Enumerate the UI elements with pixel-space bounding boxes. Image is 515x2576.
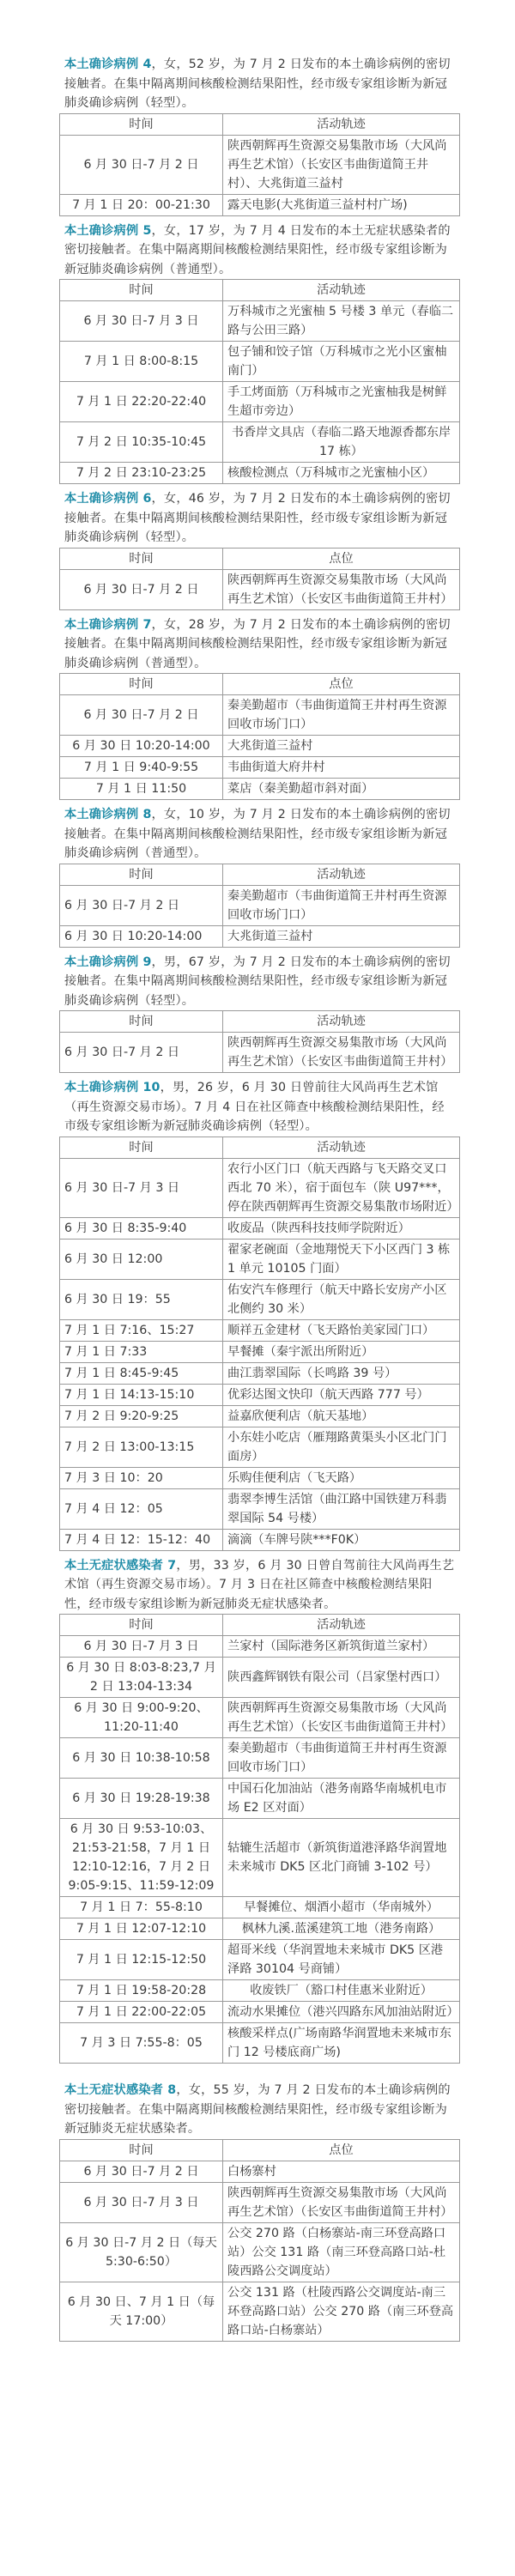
table-header-row: 时间点位 — [60, 674, 460, 695]
cell-location: 陕西朝辉再生资源交易集散市场（大风尚再生艺术馆）（长安区韦曲街道简王井村） — [223, 569, 460, 609]
case-intro: 本土确诊病例 4，女，52 岁，为 7 月 2 日发布的本土确诊病例的密切接触者… — [59, 55, 459, 113]
case-section: 本土确诊病例 7，女，28 岁，为 7 月 2 日发布的本土确诊病例的密切接触者… — [59, 615, 459, 806]
case-title: 本土确诊病例 9 — [64, 955, 152, 969]
cell-time: 6 月 30 日 8:35-9:40 — [60, 1217, 223, 1239]
table-row: 6 月 30 日 9:53-10:03、21:53-21:58，7 月 1 日 … — [60, 1819, 460, 1897]
table-row: 6 月 30 日-7 月 2 日（每天 5:30-6:50）公交 270 路（白… — [60, 2222, 460, 2282]
case-title: 本土确诊病例 6 — [64, 492, 152, 506]
table-row: 7 月 1 日 7:33早餐摊（秦宇派出所附近） — [60, 1341, 460, 1362]
cell-time: 7 月 1 日 7:16、15:27 — [60, 1319, 223, 1341]
cell-location: 陕西朝辉再生资源交易集散市场（大风尚再生艺术馆）（长安区韦曲街道简王井村）、大兆… — [223, 135, 460, 194]
table-row: 7 月 2 日 10:35-10:45书香岸文具店（春临二路天地源香都东岸 17… — [60, 422, 460, 463]
table-header-row: 时间活动轨迹 — [60, 1136, 460, 1158]
cell-location: 小东娃小吃店（雁翔路黄渠头小区北门门面房） — [223, 1427, 460, 1467]
table-row: 6 月 30 日-7 月 2 日秦美勤超市（韦曲街道简王井村再生资源回收市场门口… — [60, 885, 460, 925]
table-row: 7 月 3 日 10：20乐购佳便利店（飞天路） — [60, 1467, 460, 1488]
case-section: 本土确诊病例 10，男，26 岁，6 月 30 日曾前往大风尚再生艺术馆（再生资… — [59, 1078, 459, 1556]
cell-time: 6 月 30 日-7 月 3 日 — [60, 301, 223, 342]
itinerary-table: 时间活动轨迹6 月 30 日-7 月 2 日陕西朝辉再生资源交易集散市场（大风尚… — [59, 1010, 460, 1073]
table-row: 7 月 2 日 13:00-13:15小东娃小吃店（雁翔路黄渠头小区北门门面房） — [60, 1427, 460, 1467]
cell-location: 收废铁厂（豁口村佳惠米业附近） — [223, 1980, 460, 2002]
table-row: 6 月 30 日 10:20-14:00大兆街道三益村 — [60, 925, 460, 947]
cell-time: 7 月 1 日 7:33 — [60, 1341, 223, 1362]
table-row: 6 月 30 日-7 月 2 日陕西朝辉再生资源交易集散市场（大风尚再生艺术馆）… — [60, 1033, 460, 1073]
cell-location: 中国石化加油站（港务南路华南城机电市场 E2 区对面） — [223, 1779, 460, 1819]
cell-time: 6 月 30 日 9:53-10:03、21:53-21:58，7 月 1 日 … — [60, 1819, 223, 1897]
cell-time: 6 月 30 日-7 月 2 日 — [60, 695, 223, 736]
cell-location: 陕西朝辉再生资源交易集散市场（大风尚再生艺术馆）（长安区韦曲街道简王井村） — [223, 2182, 460, 2222]
case-title: 本土确诊病例 5 — [64, 224, 152, 238]
table-row: 6 月 30 日-7 月 2 日陕西朝辉再生资源交易集散市场（大风尚再生艺术馆）… — [60, 569, 460, 609]
case-intro: 本土无症状感染者 8，女，55 岁，为 7 月 2 日发布的本土确诊病例的密切接… — [59, 2081, 459, 2139]
case-title: 本土无症状感染者 8 — [64, 2083, 176, 2097]
header-time: 时间 — [60, 280, 223, 301]
cell-time: 7 月 1 日 22:00-22:05 — [60, 2002, 223, 2023]
table-row: 6 月 30 日 10:38-10:58秦美勤超市（韦曲街道简王井村再生资源回收… — [60, 1738, 460, 1779]
table-header-row: 时间点位 — [60, 548, 460, 569]
header-location: 点位 — [223, 2139, 460, 2161]
header-time: 时间 — [60, 2139, 223, 2161]
case-title: 本土确诊病例 10 — [64, 1081, 161, 1094]
cell-time: 7 月 1 日 12:15-12:50 — [60, 1940, 223, 1980]
cell-time: 6 月 30 日 10:38-10:58 — [60, 1738, 223, 1779]
case-title: 本土确诊病例 4 — [64, 58, 152, 71]
cell-location: 枫林九溪.蓝溪建筑工地（港务南路） — [223, 1918, 460, 1940]
cell-time: 7 月 1 日 7：55-8:10 — [60, 1897, 223, 1918]
itinerary-table: 时间活动轨迹6 月 30 日-7 月 2 日陕西朝辉再生资源交易集散市场（大风尚… — [59, 113, 460, 216]
table-row: 7 月 3 日 7:55-8：05核酸采样点(广场南路华润置地未来城市东门 12… — [60, 2023, 460, 2064]
cell-time: 6 月 30 日 10:20-14:00 — [60, 925, 223, 947]
cell-time: 6 月 30 日-7 月 2 日 — [60, 569, 223, 609]
table-row: 7 月 1 日 7:16、15:27顺祥五金建材（飞天路怡美家园门口） — [60, 1319, 460, 1341]
table-row: 6 月 30 日 19:28-19:38中国石化加油站（港务南路华南城机电市场 … — [60, 1779, 460, 1819]
cell-time: 7 月 4 日 12：15-12：40 — [60, 1529, 223, 1550]
table-row: 7 月 1 日 7：55-8:10早餐摊位、烟酒小超市（华南城外） — [60, 1897, 460, 1918]
cell-time: 7 月 1 日 9:40-9:55 — [60, 757, 223, 779]
table-row: 6 月 30 日 10:20-14:00大兆街道三益村 — [60, 736, 460, 757]
cell-location: 包子铺和饺子馆（万科城市之光小区蜜柚南门） — [223, 342, 460, 382]
table-row: 7 月 1 日 20：00-21:30露天电影(大兆街道三益村村广场) — [60, 194, 460, 215]
header-location: 活动轨迹 — [223, 1136, 460, 1158]
cell-time: 7 月 1 日 22:20-22:40 — [60, 382, 223, 422]
cell-time: 6 月 30 日-7 月 2 日 — [60, 135, 223, 194]
table-row: 6 月 30 日 12:00翟家老碗面（金地翔悦天下小区西门 3 栋 1 单元 … — [60, 1239, 460, 1279]
cell-location: 秦美勤超市（韦曲街道简王井村再生资源回收市场门口） — [223, 885, 460, 925]
table-row: 7 月 2 日 9:20-9:25益嘉欣便利店（航天基地） — [60, 1405, 460, 1427]
cell-location: 早餐摊位、烟酒小超市（华南城外） — [223, 1897, 460, 1918]
cell-location: 秦美勤超市（韦曲街道简王井村再生资源回收市场门口） — [223, 695, 460, 736]
header-location: 点位 — [223, 674, 460, 695]
case-section: 本土确诊病例 6，女，46 岁，为 7 月 2 日发布的本土确诊病例的密切接触者… — [59, 489, 459, 615]
table-row: 7 月 1 日 12:15-12:50超哥米线（华润置地未来城市 DK5 区港泽… — [60, 1940, 460, 1980]
cell-time: 7 月 2 日 13:00-13:15 — [60, 1427, 223, 1467]
table-row: 7 月 1 日 12:07-12:10枫林九溪.蓝溪建筑工地（港务南路） — [60, 1918, 460, 1940]
table-header-row: 时间活动轨迹 — [60, 864, 460, 885]
table-row: 7 月 1 日 14:13-15:10优彩达图文快印（航天西路 777 号） — [60, 1384, 460, 1405]
cell-location: 顺祥五金建材（飞天路怡美家园门口） — [223, 1319, 460, 1341]
cell-location: 露天电影(大兆街道三益村村广场) — [223, 194, 460, 215]
table-row: 6 月 30 日-7 月 3 日陕西朝辉再生资源交易集散市场（大风尚再生艺术馆）… — [60, 2182, 460, 2222]
cell-location: 曲江翡翠国际（长鸣路 39 号） — [223, 1362, 460, 1384]
header-time: 时间 — [60, 1615, 223, 1636]
table-row: 7 月 1 日 22:00-22:05流动水果摊位（港兴四路东风加油站附近） — [60, 2002, 460, 2023]
cell-location: 书香岸文具店（春临二路天地源香都东岸 17 栋） — [223, 422, 460, 463]
cell-location: 陕西朝辉再生资源交易集散市场（大风尚再生艺术馆）（长安区韦曲街道简王井村） — [223, 1698, 460, 1738]
cell-time: 6 月 30 日 9:00-9:20、11:20-11:40 — [60, 1698, 223, 1738]
table-row: 7 月 1 日 11:50菜店（秦美勤超市斜对面） — [60, 779, 460, 800]
itinerary-table: 时间活动轨迹6 月 30 日-7 月 3 日万科城市之光蜜柚 5 号楼 3 单元… — [59, 279, 460, 484]
cell-time: 6 月 30 日-7 月 3 日 — [60, 1158, 223, 1217]
table-row: 6 月 30 日 19：55佑安汽车修理行（航天中路长安房产小区北侧约 30 米… — [60, 1279, 460, 1319]
table-row: 6 月 30 日 8:35-9:40收废品（陕西科技技师学院附近） — [60, 1217, 460, 1239]
header-location: 活动轨迹 — [223, 1615, 460, 1636]
header-time: 时间 — [60, 113, 223, 135]
cell-location: 滴滴（车牌号陕***F0K） — [223, 1529, 460, 1550]
cell-location: 超哥米线（华润置地未来城市 DK5 区港泽路 30104 号商铺） — [223, 1940, 460, 1980]
table-header-row: 时间活动轨迹 — [60, 1615, 460, 1636]
cell-location: 公交 131 路（杜陵西路公交调度站-南三环登高路口站）公交 270 路（南三环… — [223, 2282, 460, 2341]
table-row: 6 月 30 日 8:03-8:23,7 月 2 日 13:04-13:34陕西… — [60, 1658, 460, 1698]
cell-location: 公交 270 路（白杨寨站-南三环登高路口站）公交 131 路（南三环登高路口站… — [223, 2222, 460, 2282]
table-row: 7 月 1 日 9:40-9:55韦曲街道大府井村 — [60, 757, 460, 779]
cell-time: 6 月 30 日-7 月 2 日 — [60, 1033, 223, 1073]
cell-time: 7 月 1 日 12:07-12:10 — [60, 1918, 223, 1940]
cell-time: 6 月 30 日、7 月 1 日（每天 17:00） — [60, 2282, 223, 2341]
cell-location: 大兆街道三益村 — [223, 736, 460, 757]
itinerary-table: 时间点位6 月 30 日-7 月 2 日秦美勤超市（韦曲街道简王井村再生资源回收… — [59, 673, 460, 800]
cell-time: 7 月 1 日 14:13-15:10 — [60, 1384, 223, 1405]
header-time: 时间 — [60, 548, 223, 569]
cell-time: 6 月 30 日-7 月 3 日 — [60, 2182, 223, 2222]
cell-location: 万科城市之光蜜柚 5 号楼 3 单元（春临二路与公田三路） — [223, 301, 460, 342]
spacer — [59, 2342, 459, 2347]
cell-time: 7 月 4 日 12：05 — [60, 1488, 223, 1529]
case-section: 本土无症状感染者 8，女，55 岁，为 7 月 2 日发布的本土确诊病例的密切接… — [59, 2069, 459, 2347]
cell-time: 6 月 30 日 12:00 — [60, 1239, 223, 1279]
itinerary-table: 时间活动轨迹6 月 30 日-7 月 3 日兰家村（国际港务区新筑街道兰家村）6… — [59, 1614, 460, 2064]
cell-location: 农行小区门口（航天西路与飞天路交叉口西北 70 米），宿于面包车（陕 U97**… — [223, 1158, 460, 1217]
cell-location: 陕西鑫辉钢铁有限公司（吕家堡村西口） — [223, 1658, 460, 1698]
header-time: 时间 — [60, 674, 223, 695]
case-title: 本土确诊病例 8 — [64, 808, 152, 821]
cell-location: 收废品（陕西科技技师学院附近） — [223, 1217, 460, 1239]
cell-time: 6 月 30 日 10:20-14:00 — [60, 736, 223, 757]
table-row: 6 月 30 日 9:00-9:20、11:20-11:40陕西朝辉再生资源交易… — [60, 1698, 460, 1738]
cell-time: 6 月 30 日 8:03-8:23,7 月 2 日 13:04-13:34 — [60, 1658, 223, 1698]
case-intro: 本土无症状感染者 7，男，33 岁，6 月 30 日曾自驾前往大风尚再生艺术馆（… — [59, 1556, 459, 1615]
cell-location: 早餐摊（秦宇派出所附近） — [223, 1341, 460, 1362]
table-header-row: 时间点位 — [60, 2139, 460, 2161]
cell-location: 翟家老碗面（金地翔悦天下小区西门 3 栋 1 单元 10105 门面） — [223, 1239, 460, 1279]
cell-time: 7 月 1 日 8:00-8:15 — [60, 342, 223, 382]
table-row: 7 月 1 日 22:20-22:40手工烤面筋（万科城市之光蜜柚我是树鲜生超市… — [60, 382, 460, 422]
itinerary-table: 时间活动轨迹6 月 30 日-7 月 2 日秦美勤超市（韦曲街道简王井村再生资源… — [59, 864, 460, 948]
table-row: 6 月 30 日-7 月 2 日秦美勤超市（韦曲街道简王井村再生资源回收市场门口… — [60, 695, 460, 736]
cell-time: 6 月 30 日-7 月 3 日 — [60, 1636, 223, 1658]
table-row: 6 月 30 日-7 月 3 日兰家村（国际港务区新筑街道兰家村） — [60, 1636, 460, 1658]
table-row: 6 月 30 日-7 月 3 日农行小区门口（航天西路与飞天路交叉口西北 70 … — [60, 1158, 460, 1217]
cell-location: 翡翠李博生活馆（曲江路中国铁建万科翡翠国际 54 号楼） — [223, 1488, 460, 1529]
cell-location: 大兆街道三益村 — [223, 925, 460, 947]
cell-location: 核酸检测点（万科城市之光蜜柚小区） — [223, 463, 460, 484]
table-header-row: 时间活动轨迹 — [60, 1011, 460, 1033]
cell-location: 手工烤面筋（万科城市之光蜜柚我是树鲜生超市旁边） — [223, 382, 460, 422]
cell-time: 7 月 1 日 11:50 — [60, 779, 223, 800]
case-intro: 本土确诊病例 9，男，67 岁，为 7 月 2 日发布的本土确诊病例的密切接触者… — [59, 953, 459, 1011]
cell-time: 7 月 2 日 9:20-9:25 — [60, 1405, 223, 1427]
case-intro: 本土确诊病例 5，女，17 岁，为 7 月 4 日发布的本土无症状感染者的密切接… — [59, 221, 459, 280]
itinerary-table: 时间点位6 月 30 日-7 月 2 日陕西朝辉再生资源交易集散市场（大风尚再生… — [59, 548, 460, 610]
cell-location: 秦美勤超市（韦曲街道简王井村再生资源回收市场门口） — [223, 1738, 460, 1779]
cell-time: 7 月 1 日 8:45-9:45 — [60, 1362, 223, 1384]
header-location: 活动轨迹 — [223, 864, 460, 885]
case-intro: 本土确诊病例 10，男，26 岁，6 月 30 日曾前往大风尚再生艺术馆（再生资… — [59, 1078, 459, 1136]
case-intro: 本土确诊病例 7，女，28 岁，为 7 月 2 日发布的本土确诊病例的密切接触者… — [59, 615, 459, 674]
itinerary-table: 时间点位6 月 30 日-7 月 2 日白杨寨村6 月 30 日-7 月 3 日… — [59, 2139, 460, 2342]
article-body: 本土确诊病例 4，女，52 岁，为 7 月 2 日发布的本土确诊病例的密切接触者… — [59, 55, 459, 2347]
header-location: 点位 — [223, 548, 460, 569]
cell-location: 白杨寨村 — [223, 2161, 460, 2182]
case-title: 本土无症状感染者 7 — [64, 1559, 176, 1573]
itinerary-table: 时间活动轨迹6 月 30 日-7 月 3 日农行小区门口（航天西路与飞天路交叉口… — [59, 1136, 460, 1551]
case-section: 本土确诊病例 5，女，17 岁，为 7 月 4 日发布的本土无症状感染者的密切接… — [59, 221, 459, 490]
cell-location: 兰家村（国际港务区新筑街道兰家村） — [223, 1636, 460, 1658]
cell-location: 轱辘生活超市（新筑街道港泽路华润置地未来城市 DK5 区北门商铺 3-102 号… — [223, 1819, 460, 1897]
cell-time: 6 月 30 日-7 月 2 日（每天 5:30-6:50） — [60, 2222, 223, 2282]
table-row: 7 月 4 日 12：05翡翠李博生活馆（曲江路中国铁建万科翡翠国际 54 号楼… — [60, 1488, 460, 1529]
table-header-row: 时间活动轨迹 — [60, 280, 460, 301]
cell-location: 菜店（秦美勤超市斜对面） — [223, 779, 460, 800]
cell-time: 7 月 2 日 10:35-10:45 — [60, 422, 223, 463]
header-time: 时间 — [60, 1011, 223, 1033]
table-row: 7 月 1 日 8:45-9:45曲江翡翠国际（长鸣路 39 号） — [60, 1362, 460, 1384]
header-location: 活动轨迹 — [223, 1011, 460, 1033]
table-row: 6 月 30 日-7 月 2 日陕西朝辉再生资源交易集散市场（大风尚再生艺术馆）… — [60, 135, 460, 194]
cell-location: 益嘉欣便利店（航天基地） — [223, 1405, 460, 1427]
cell-time: 6 月 30 日 19：55 — [60, 1279, 223, 1319]
cell-time: 6 月 30 日-7 月 2 日 — [60, 885, 223, 925]
cell-time: 6 月 30 日-7 月 2 日 — [60, 2161, 223, 2182]
case-title: 本土确诊病例 7 — [64, 618, 152, 632]
case-section: 本土确诊病例 8，女，10 岁，为 7 月 2 日发布的本土确诊病例的密切接触者… — [59, 805, 459, 953]
cell-time: 7 月 3 日 10：20 — [60, 1467, 223, 1488]
cell-time: 7 月 1 日 19:58-20:28 — [60, 1980, 223, 2002]
spacer — [59, 2069, 459, 2081]
cell-time: 7 月 3 日 7:55-8：05 — [60, 2023, 223, 2064]
table-row: 7 月 1 日 19:58-20:28收废铁厂（豁口村佳惠米业附近） — [60, 1980, 460, 2002]
case-section: 本土无症状感染者 7，男，33 岁，6 月 30 日曾自驾前往大风尚再生艺术馆（… — [59, 1556, 459, 2070]
header-location: 活动轨迹 — [223, 113, 460, 135]
cell-location: 陕西朝辉再生资源交易集散市场（大风尚再生艺术馆）（长安区韦曲街道简王井村） — [223, 1033, 460, 1073]
case-section: 本土确诊病例 4，女，52 岁，为 7 月 2 日发布的本土确诊病例的密切接触者… — [59, 55, 459, 221]
cell-location: 韦曲街道大府井村 — [223, 757, 460, 779]
cell-location: 佑安汽车修理行（航天中路长安房产小区北侧约 30 米） — [223, 1279, 460, 1319]
cell-time: 7 月 2 日 23:10-23:25 — [60, 463, 223, 484]
table-row: 7 月 1 日 8:00-8:15包子铺和饺子馆（万科城市之光小区蜜柚南门） — [60, 342, 460, 382]
cell-location: 优彩达图文快印（航天西路 777 号） — [223, 1384, 460, 1405]
table-row: 7 月 2 日 23:10-23:25核酸检测点（万科城市之光蜜柚小区） — [60, 463, 460, 484]
case-intro: 本土确诊病例 6，女，46 岁，为 7 月 2 日发布的本土确诊病例的密切接触者… — [59, 489, 459, 548]
header-location: 活动轨迹 — [223, 280, 460, 301]
cell-location: 乐购佳便利店（飞天路） — [223, 1467, 460, 1488]
cell-location: 流动水果摊位（港兴四路东风加油站附近） — [223, 2002, 460, 2023]
table-row: 7 月 4 日 12：15-12：40滴滴（车牌号陕***F0K） — [60, 1529, 460, 1550]
table-row: 6 月 30 日-7 月 3 日万科城市之光蜜柚 5 号楼 3 单元（春临二路与… — [60, 301, 460, 342]
case-intro: 本土确诊病例 8，女，10 岁，为 7 月 2 日发布的本土确诊病例的密切接触者… — [59, 805, 459, 864]
header-time: 时间 — [60, 1136, 223, 1158]
cell-time: 7 月 1 日 20：00-21:30 — [60, 194, 223, 215]
table-header-row: 时间活动轨迹 — [60, 113, 460, 135]
cell-time: 6 月 30 日 19:28-19:38 — [60, 1779, 223, 1819]
cell-location: 核酸采样点(广场南路华润置地未来城市东门 12 号楼底商广场) — [223, 2023, 460, 2064]
header-time: 时间 — [60, 864, 223, 885]
case-section: 本土确诊病例 9，男，67 岁，为 7 月 2 日发布的本土确诊病例的密切接触者… — [59, 953, 459, 1079]
table-row: 6 月 30 日、7 月 1 日（每天 17:00）公交 131 路（杜陵西路公… — [60, 2282, 460, 2341]
table-row: 6 月 30 日-7 月 2 日白杨寨村 — [60, 2161, 460, 2182]
